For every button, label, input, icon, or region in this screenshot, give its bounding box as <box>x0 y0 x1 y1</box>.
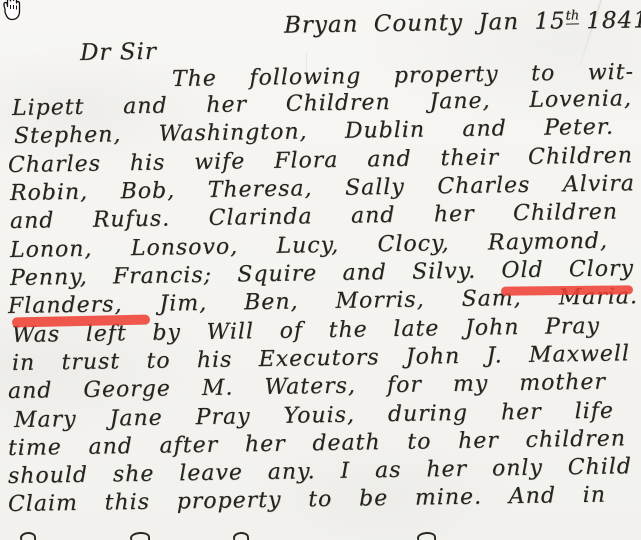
scanned-letter-page[interactable]: Bryan County Jan 15th1841 Dr Sir The fol… <box>0 0 641 540</box>
clipped-handwriting-fragment <box>130 531 151 540</box>
clipped-handwriting-fragment <box>233 531 250 540</box>
letter-dateline: Bryan County Jan 15th1841 <box>284 2 636 38</box>
dateline-ordinal: th <box>565 8 579 24</box>
clipped-handwriting-fragment <box>20 531 37 540</box>
dateline-year: 1841 <box>586 7 641 34</box>
letter-salutation: Dr Sir <box>80 39 157 66</box>
dateline-text: Bryan County Jan 15 <box>284 8 566 38</box>
clipped-handwriting-fragment <box>417 531 437 540</box>
red-underline-annotation <box>501 285 633 295</box>
document-viewer: Bryan County Jan 15th1841 Dr Sir The fol… <box>0 0 641 540</box>
hand-tool-cursor-icon <box>0 0 28 26</box>
